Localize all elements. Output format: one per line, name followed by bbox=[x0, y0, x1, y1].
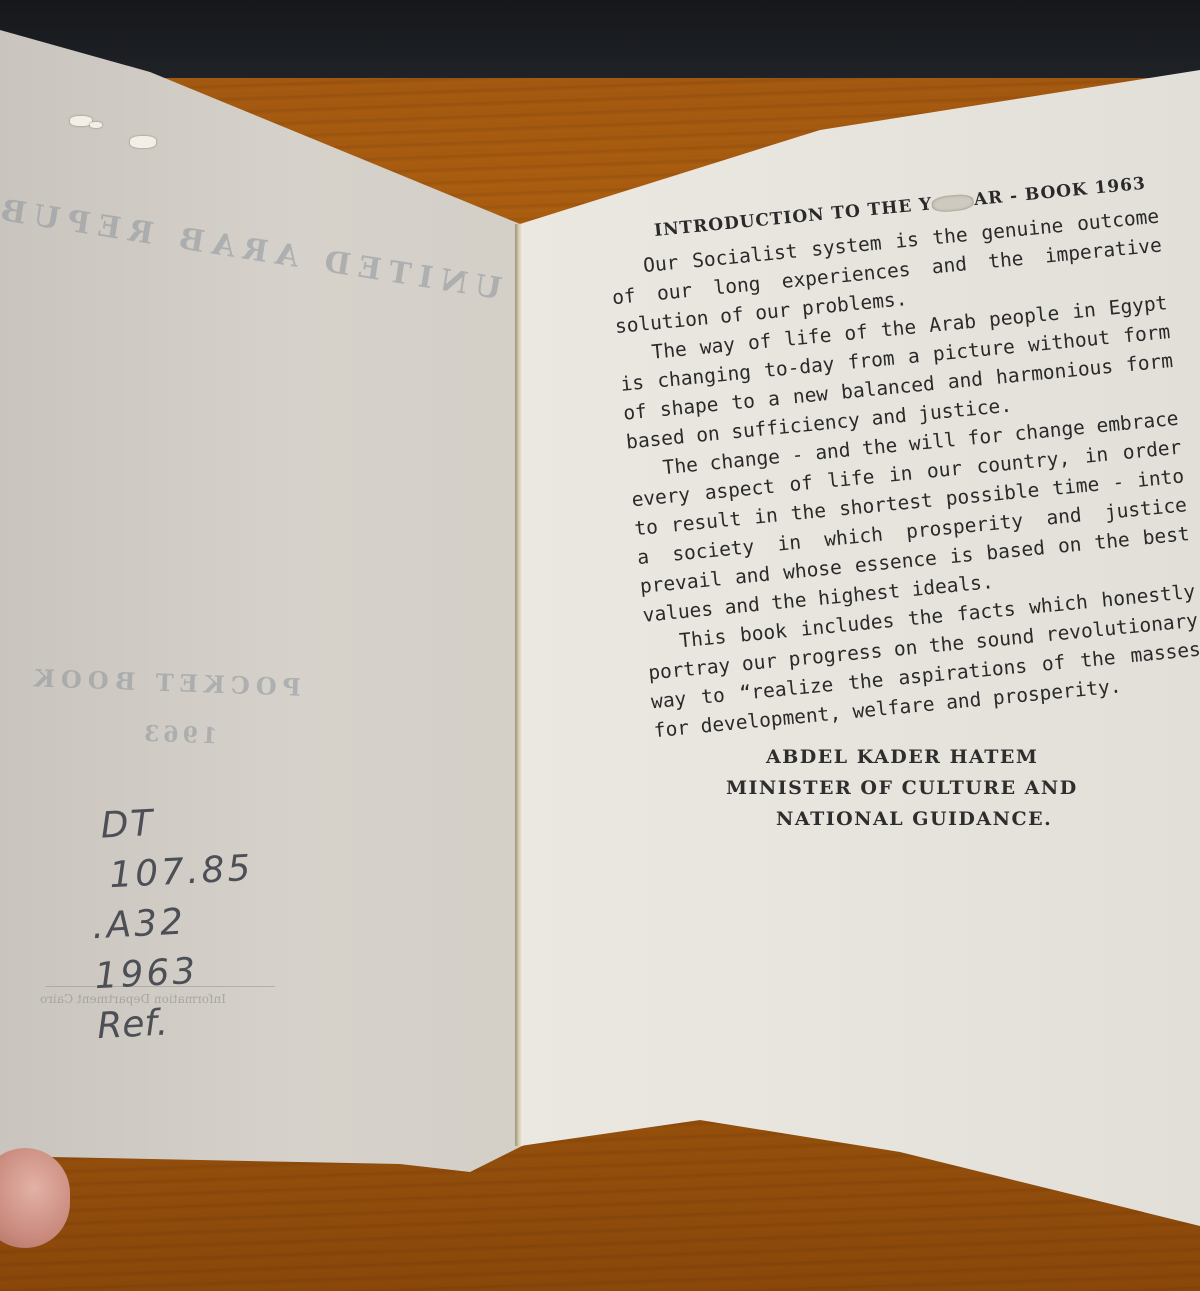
call-number-line: DT bbox=[86, 794, 252, 853]
call-number-line: 107.85 bbox=[88, 844, 254, 903]
pin-holes bbox=[60, 110, 180, 160]
handwritten-call-number: DT 107.85 .A32 1963 Ref. bbox=[86, 794, 263, 1052]
call-number-line: 1963 bbox=[93, 944, 259, 1003]
call-number-line: Ref. bbox=[96, 994, 262, 1053]
signatory-title: NATIONAL GUIDANCE. bbox=[726, 804, 1146, 835]
call-number-line: .A32 bbox=[91, 894, 257, 953]
book-gutter bbox=[515, 224, 523, 1146]
torn-hole bbox=[931, 193, 974, 213]
introduction-text: INTRODUCTION TO THE YAR - BOOK 1963 Our … bbox=[598, 97, 1200, 745]
signatory-name: ABDEL KADER HATEM bbox=[726, 742, 1146, 773]
show-through-year: 1963 bbox=[140, 721, 218, 750]
signatory-title: MINISTER OF CULTURE AND bbox=[726, 773, 1146, 804]
signature-block: ABDEL KADER HATEM MINISTER OF CULTURE AN… bbox=[726, 742, 1146, 835]
